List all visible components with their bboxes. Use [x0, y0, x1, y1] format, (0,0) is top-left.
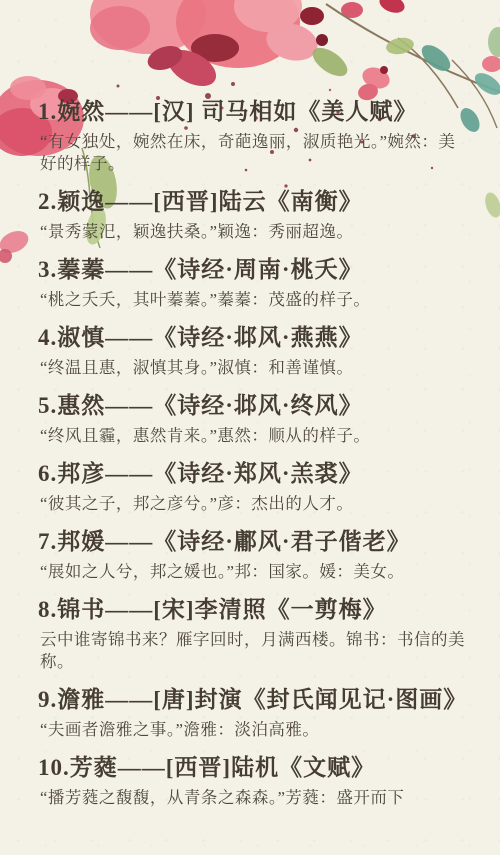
entries-list: 1.婉然——[汉] 司马相如《美人赋》 “有女独处，婉然在床，奇葩逸丽，淑质艳光…	[38, 0, 472, 821]
entry-quote: “夫画者澹雅之事。”澹雅：淡泊高雅。	[40, 719, 472, 741]
entry-quote: “终温且惠，淑慎其身。”淑慎：和善谨慎。	[40, 357, 472, 379]
entry-quote: “展如之人兮，邦之媛也。”邦：国家。媛：美女。	[40, 561, 472, 583]
entry-heading: 2.颖逸——[西晋]陆云《南衡》	[38, 187, 472, 217]
entry: 5.惠然——《诗经·邶风·终风》 “终风且霾，惠然肯来。”惠然：顺从的样子。	[38, 391, 472, 447]
entry-quote: “终风且霾，惠然肯来。”惠然：顺从的样子。	[40, 425, 472, 447]
page: 1.婉然——[汉] 司马相如《美人赋》 “有女独处，婉然在床，奇葩逸丽，淑质艳光…	[0, 0, 500, 855]
entry-heading: 5.惠然——《诗经·邶风·终风》	[38, 391, 472, 421]
entry-heading: 4.淑慎——《诗经·邶风·燕燕》	[38, 323, 472, 353]
entry-quote: “桃之夭夭，其叶蓁蓁。”蓁蓁：茂盛的样子。	[40, 289, 472, 311]
entry: 9.澹雅——[唐]封演《封氏闻见记·图画》 “夫画者澹雅之事。”澹雅：淡泊高雅。	[38, 685, 472, 741]
entry-heading: 1.婉然——[汉] 司马相如《美人赋》	[38, 97, 472, 127]
entry: 8.锦书——[宋]李清照《一剪梅》 云中谁寄锦书来？雁字回时，月满西楼。锦书：书…	[38, 595, 472, 673]
entry: 3.蓁蓁——《诗经·周南·桃夭》 “桃之夭夭，其叶蓁蓁。”蓁蓁：茂盛的样子。	[38, 255, 472, 311]
entry-heading: 6.邦彦——《诗经·郑风·羔裘》	[38, 459, 472, 489]
entry-heading: 9.澹雅——[唐]封演《封氏闻见记·图画》	[38, 685, 472, 715]
entry: 7.邦媛——《诗经·鄘风·君子偕老》 “展如之人兮，邦之媛也。”邦：国家。媛：美…	[38, 527, 472, 583]
entry-quote: “景秀蒙汜，颖逸扶桑。”颖逸：秀丽超逸。	[40, 221, 472, 243]
entry: 4.淑慎——《诗经·邶风·燕燕》 “终温且惠，淑慎其身。”淑慎：和善谨慎。	[38, 323, 472, 379]
entry-heading: 3.蓁蓁——《诗经·周南·桃夭》	[38, 255, 472, 285]
entry-heading: 7.邦媛——《诗经·鄘风·君子偕老》	[38, 527, 472, 557]
entry-heading: 10.芳蕤——[西晋]陆机《文赋》	[38, 753, 472, 783]
entry-heading: 8.锦书——[宋]李清照《一剪梅》	[38, 595, 472, 625]
entry-quote: “彼其之子，邦之彦兮。”彦：杰出的人才。	[40, 493, 472, 515]
entry: 2.颖逸——[西晋]陆云《南衡》 “景秀蒙汜，颖逸扶桑。”颖逸：秀丽超逸。	[38, 187, 472, 243]
entry-quote: “播芳蕤之馥馥，从青条之森森。”芳蕤：盛开而下	[40, 787, 472, 809]
entry: 1.婉然——[汉] 司马相如《美人赋》 “有女独处，婉然在床，奇葩逸丽，淑质艳光…	[38, 97, 472, 175]
entry-quote: “有女独处，婉然在床，奇葩逸丽，淑质艳光。”婉然：美好的样子。	[40, 131, 472, 175]
entry-quote: 云中谁寄锦书来？雁字回时，月满西楼。锦书：书信的美称。	[40, 629, 472, 673]
entry: 6.邦彦——《诗经·郑风·羔裘》 “彼其之子，邦之彦兮。”彦：杰出的人才。	[38, 459, 472, 515]
entry: 10.芳蕤——[西晋]陆机《文赋》 “播芳蕤之馥馥，从青条之森森。”芳蕤：盛开而…	[38, 753, 472, 809]
